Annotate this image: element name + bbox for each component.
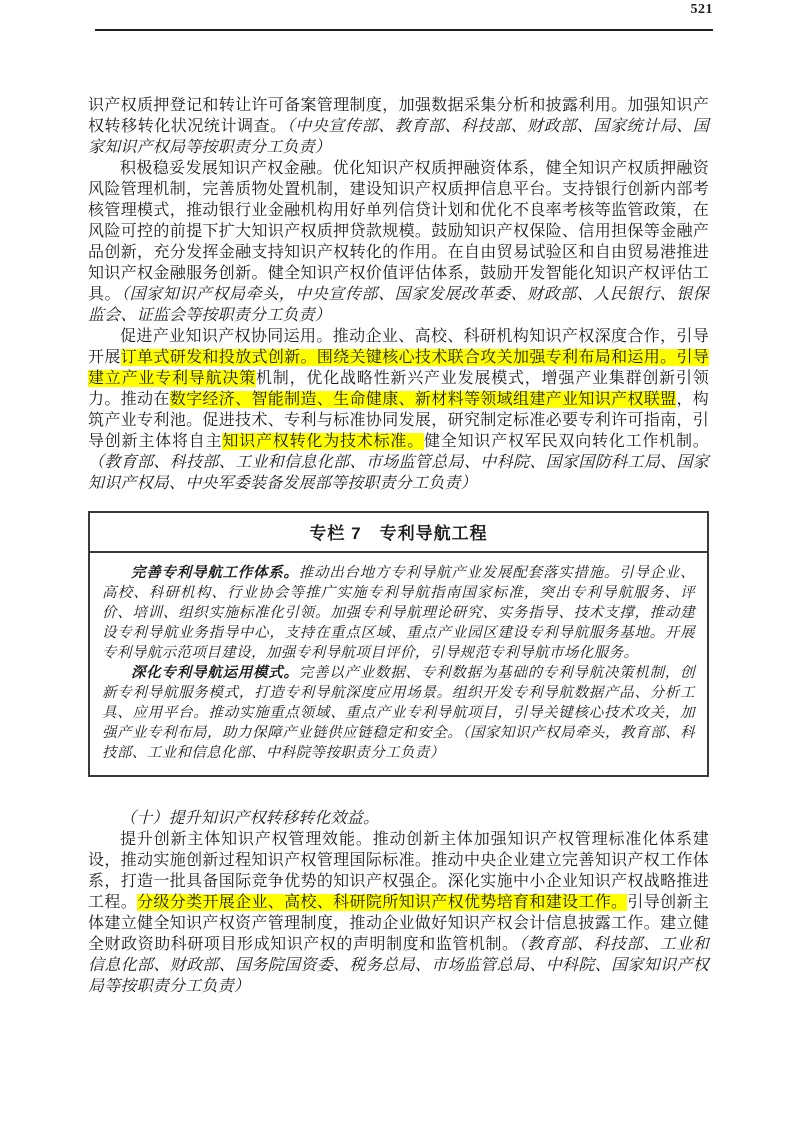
column-box-body: 完善专利导航工作体系。推动出台地方专利导航产业发展配套落实措施。引导企业、高校、… bbox=[90, 553, 707, 775]
paragraph-finance: 积极稳妥发展知识产权金融。优化知识产权质押融资体系，健全知识产权质押融资风险管理… bbox=[88, 158, 709, 326]
paragraph-management-efficiency: 提升创新主体知识产权管理效能。推动创新主体加强知识产权管理标准化体系建设，推动实… bbox=[88, 829, 709, 997]
column-box-title: 专栏 7 专利导航工程 bbox=[90, 513, 707, 553]
document-page: { "page_number": "521", "highlight_color… bbox=[0, 0, 793, 1122]
paragraph-industry-ip: 促进产业知识产权协同运用。推动企业、高校、科研机构知识产权深度合作，引导开展订单… bbox=[88, 326, 709, 494]
page-content: 识产权质押登记和转让许可备案管理制度，加强数据采集分析和披露利用。加强知识产权转… bbox=[88, 95, 709, 997]
box-paragraph-system: 完善专利导航工作体系。推动出台地方专利导航产业发展配套落实措施。引导企业、高校、… bbox=[102, 563, 695, 663]
paragraph-continuation: 识产权质押登记和转让许可备案管理制度，加强数据采集分析和披露利用。加强知识产权转… bbox=[88, 95, 709, 158]
header-rule bbox=[95, 29, 713, 31]
column-box-patent-navigation: 专栏 7 专利导航工程 完善专利导航工作体系。推动出台地方专利导航产业发展配套落… bbox=[88, 511, 709, 777]
box-paragraph-mode: 深化专利导航运用模式。完善以产业数据、专利数据为基础的专利导航决策机制，创新专利… bbox=[102, 663, 695, 763]
page-number: 521 bbox=[691, 2, 714, 18]
section-heading-ten: （十）提升知识产权转移转化效益。 bbox=[88, 808, 709, 829]
